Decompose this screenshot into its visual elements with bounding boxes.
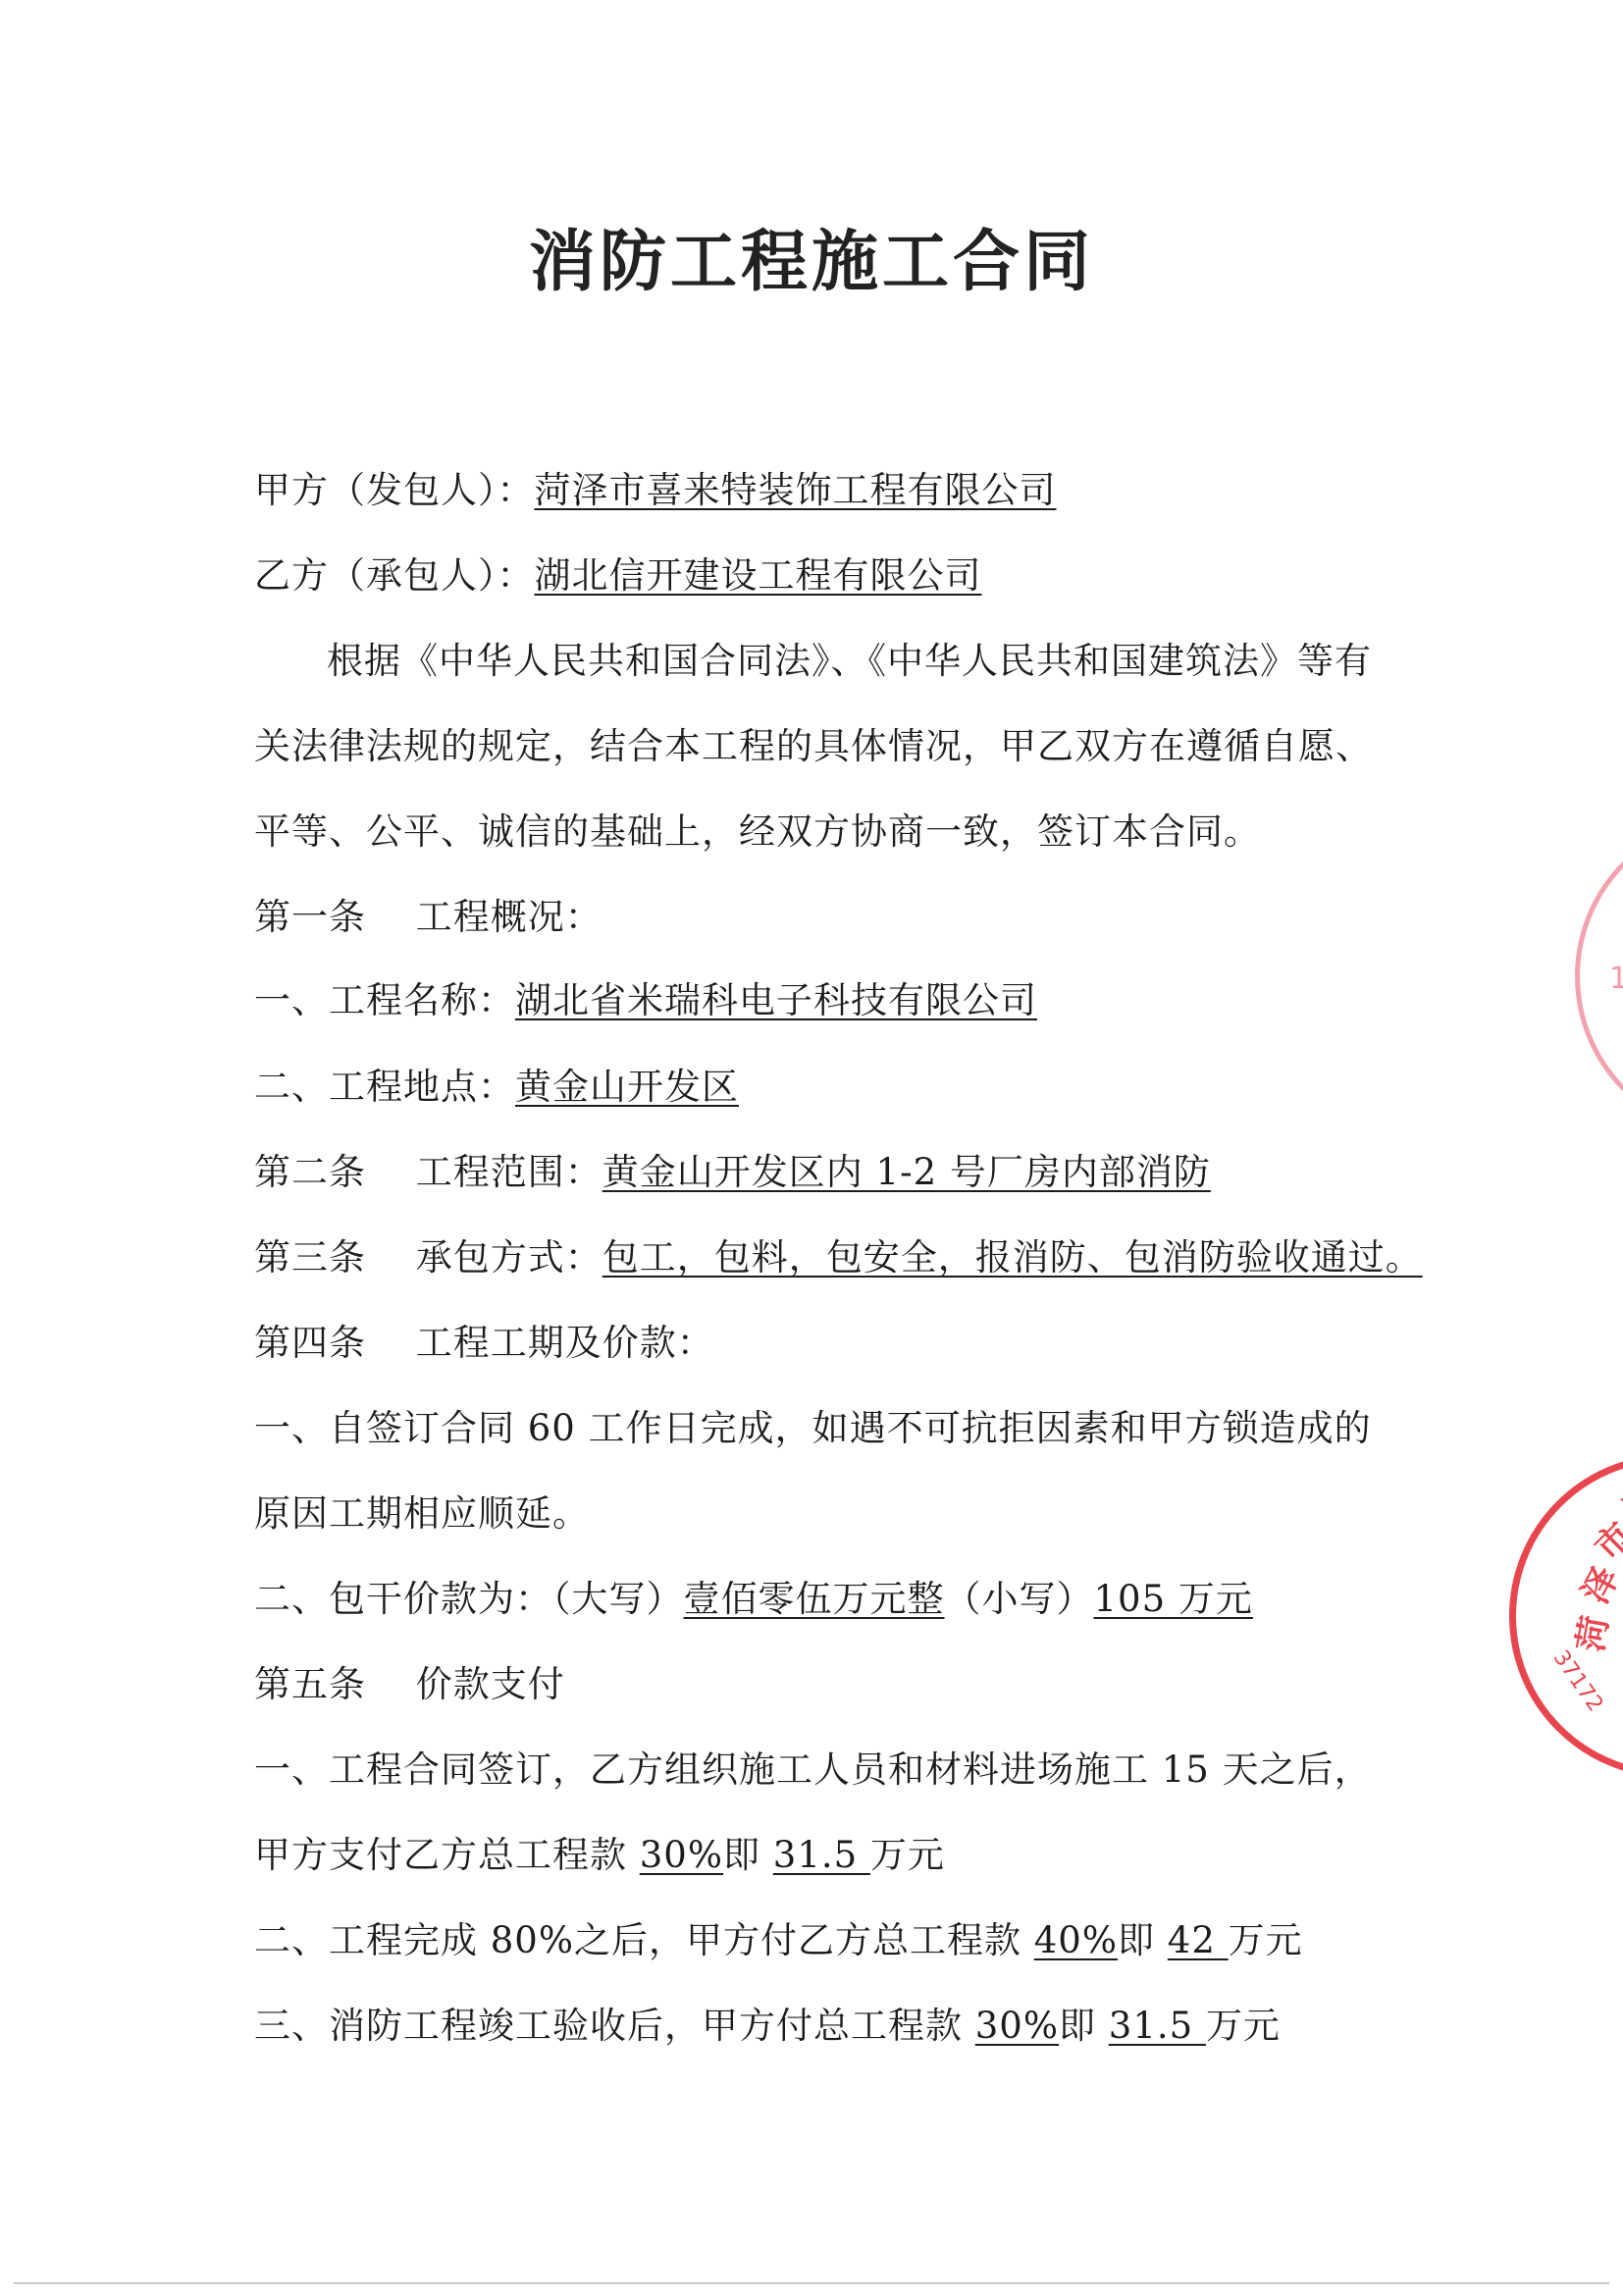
contract-line: 第三条 承包方式：包工，包料，包安全，报消防、包消防验收通过。 bbox=[254, 1235, 1423, 1280]
line-text: 第一条 工程概况： bbox=[254, 896, 602, 938]
line-text: 三、消防工程竣工验收后，甲方付总工程款 bbox=[254, 2005, 975, 2047]
contract-line: 原因工期相应顺延。 bbox=[254, 1491, 590, 1537]
filled-field-text: 40% bbox=[1034, 1919, 1118, 1961]
contract-line: 第二条 工程范围：黄金山开发区内 1-2 号厂房内部消防 bbox=[254, 1150, 1211, 1195]
line-text: 根据《中华人民共和国合同法》、《中华人民共和国建筑法》等有 bbox=[327, 640, 1372, 682]
contract-line: 二、工程完成 80%之后，甲方付乙方总工程款 40%即 42 万元 bbox=[254, 1918, 1303, 1963]
filled-field-text: 105 万元 bbox=[1094, 1578, 1253, 1620]
line-text: 万元 bbox=[1206, 2005, 1281, 2047]
contract-line: 第四条 工程工期及价款： bbox=[254, 1321, 714, 1366]
contract-line: 根据《中华人民共和国合同法》、《中华人民共和国建筑法》等有 bbox=[327, 639, 1372, 684]
line-text: 二、工程完成 80%之后，甲方付乙方总工程款 bbox=[254, 1919, 1034, 1961]
filled-field-text: 42 bbox=[1168, 1919, 1229, 1961]
page-bottom-rule bbox=[14, 2282, 1609, 2284]
line-text: 平等、公平、诚信的基础上，经双方协商一致，签订本合同。 bbox=[254, 810, 1261, 853]
contract-line: 一、自签订合同 60 工作日完成，如遇不可抗拒因素和甲方锁造成的 bbox=[254, 1406, 1372, 1451]
filled-field-text: 菏泽市喜来特装饰工程有限公司 bbox=[535, 469, 1057, 511]
line-text: 乙方（承包人）： bbox=[254, 554, 535, 597]
line-text: 一、自签订合同 60 工作日完成，如遇不可抗拒因素和甲方锁造成的 bbox=[254, 1407, 1372, 1449]
filled-field-text: 黄金山开发区内 1-2 号厂房内部消防 bbox=[602, 1151, 1211, 1193]
line-text: 第三条 承包方式： bbox=[254, 1236, 602, 1278]
contract-line: 关法律法规的规定，结合本工程的具体情况，甲乙双方在遵循自愿、 bbox=[254, 724, 1373, 769]
line-text: （小写） bbox=[945, 1578, 1094, 1620]
seal-number: 37172 bbox=[1548, 1646, 1608, 1717]
contract-line: 二、包干价款为：（大写）壹佰零伍万元整（小写）105 万元 bbox=[254, 1577, 1253, 1622]
line-text: 一、工程名称： bbox=[254, 979, 515, 1021]
line-text: 万元 bbox=[870, 1834, 945, 1876]
filled-field-text: 壹佰零伍万元整 bbox=[684, 1578, 945, 1620]
line-text: 甲方支付乙方总工程款 bbox=[254, 1834, 640, 1876]
contract-line: 甲方支付乙方总工程款 30%即 31.5 万元 bbox=[254, 1833, 945, 1878]
line-text: 一、工程合同签订，乙方组织施工人员和材料进场施工 15 天之后， bbox=[254, 1748, 1372, 1791]
filled-field-text: 30% bbox=[975, 2005, 1059, 2047]
filled-field-text: 黄金山开发区 bbox=[515, 1066, 739, 1108]
contract-line: 第一条 工程概况： bbox=[254, 895, 602, 940]
line-text: 原因工期相应顺延。 bbox=[254, 1492, 590, 1535]
filled-field-text: 包工，包料，包安全，报消防、包消防验收通过。 bbox=[602, 1236, 1423, 1278]
contract-line: 二、工程地点：黄金山开发区 bbox=[254, 1065, 739, 1110]
contract-line: 一、工程名称：湖北省米瑞科电子科技有限公司 bbox=[254, 978, 1037, 1023]
seal-char: 菏 bbox=[1563, 1611, 1618, 1654]
contract-line: 平等、公平、诚信的基础上，经双方协商一致，签订本合同。 bbox=[254, 809, 1261, 855]
filled-field-text: 湖北省米瑞科电子科技有限公司 bbox=[515, 979, 1037, 1021]
line-text: 二、工程地点： bbox=[254, 1066, 515, 1108]
filled-field-text: 30% bbox=[640, 1834, 723, 1876]
contract-line: 三、消防工程竣工验收后，甲方付总工程款 30%即 31.5 万元 bbox=[254, 2004, 1281, 2049]
filled-field-text: 31.5 bbox=[1109, 2005, 1206, 2047]
document-title: 消防工程施工合同 bbox=[0, 224, 1623, 302]
line-text: 第四条 工程工期及价款： bbox=[254, 1322, 714, 1364]
company-seal-bottom: 菏 泽 市 喜 37172 bbox=[1509, 1454, 1623, 1778]
line-text: 即 bbox=[723, 1834, 773, 1876]
line-text: 第五条 价款支付 bbox=[254, 1663, 565, 1705]
filled-field-text: 31.5 bbox=[773, 1834, 870, 1876]
seal-partial-text: 1 bbox=[1609, 962, 1623, 996]
line-text: 即 bbox=[1118, 1919, 1168, 1961]
line-text: 关法律法规的规定，结合本工程的具体情况，甲乙双方在遵循自愿、 bbox=[254, 725, 1373, 767]
contract-line: 第五条 价款支付 bbox=[254, 1662, 565, 1707]
filled-field-text: 湖北信开建设工程有限公司 bbox=[535, 554, 982, 597]
line-text: 第二条 工程范围： bbox=[254, 1151, 602, 1193]
line-text: 二、包干价款为：（大写） bbox=[254, 1578, 684, 1620]
line-text: 即 bbox=[1059, 2005, 1109, 2047]
contract-line: 乙方（承包人）：湖北信开建设工程有限公司 bbox=[254, 553, 982, 599]
contract-line: 一、工程合同签订，乙方组织施工人员和材料进场施工 15 天之后， bbox=[254, 1748, 1372, 1793]
company-seal-top: 1 bbox=[1575, 814, 1623, 1138]
contract-line: 甲方（发包人）：菏泽市喜来特装饰工程有限公司 bbox=[254, 468, 1057, 513]
line-text: 甲方（发包人）： bbox=[254, 469, 535, 511]
line-text: 万元 bbox=[1229, 1919, 1303, 1961]
